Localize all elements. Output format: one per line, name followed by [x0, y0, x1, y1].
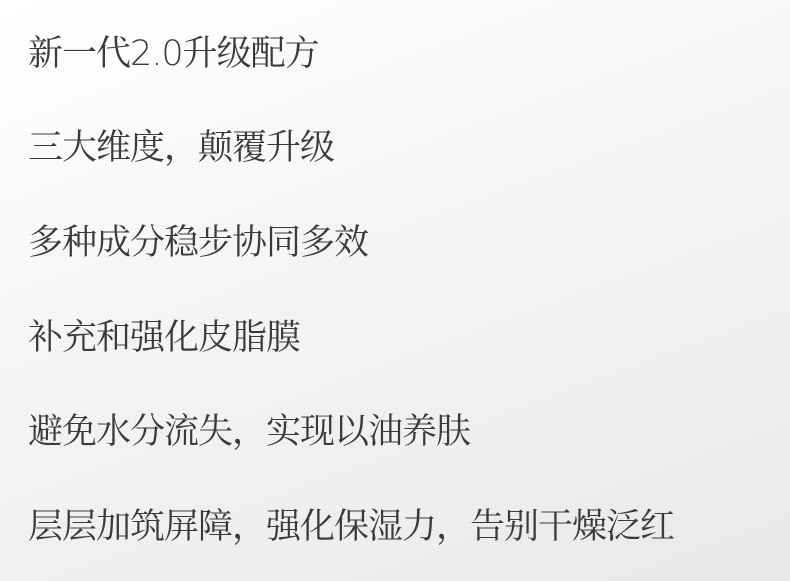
- feature-line-2: 三大维度，颠覆升级: [28, 128, 334, 168]
- feature-line-6: 层层加筑屏障，强化保湿力，告别干燥泛红: [28, 507, 674, 547]
- feature-line-3: 多种成分稳步协同多效: [28, 223, 368, 263]
- feature-line-1: 新一代2.0升级配方: [28, 34, 319, 74]
- feature-line-4: 补充和强化皮脂膜: [28, 318, 300, 358]
- feature-line-5: 避免水分流失，实现以油养肤: [28, 412, 470, 452]
